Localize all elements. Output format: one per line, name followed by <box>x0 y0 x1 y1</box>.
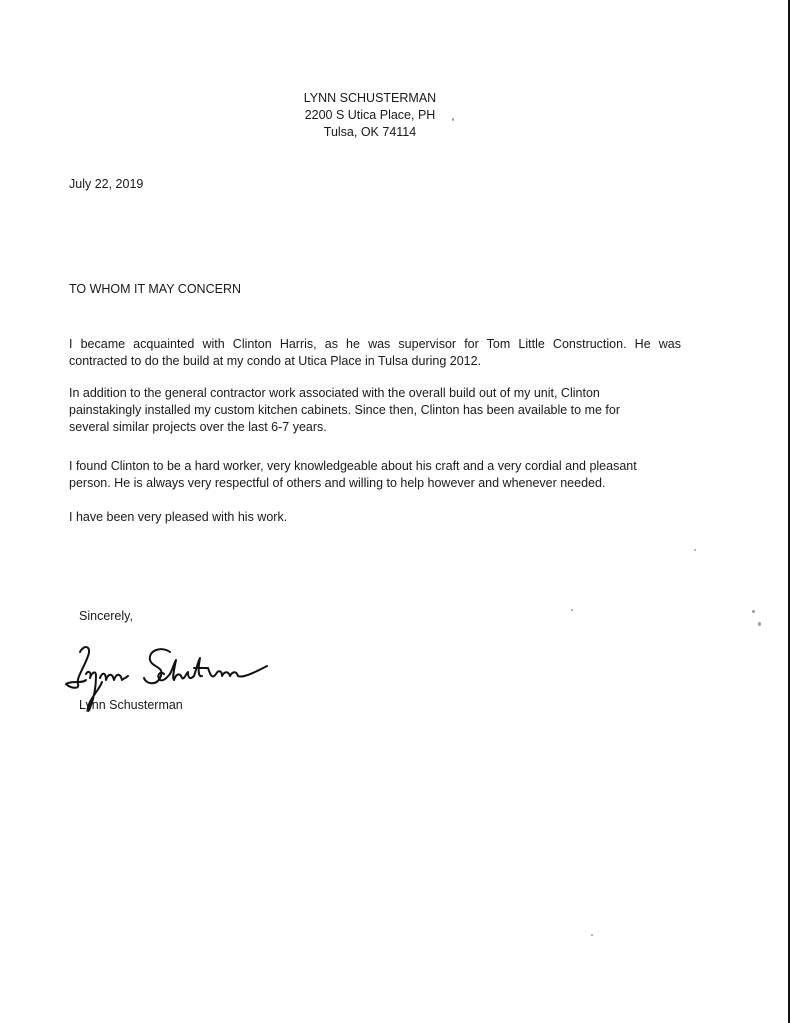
paragraph-3: I found Clinton to be a hard worker, ver… <box>69 458 681 492</box>
paragraph-line: person. He is always very respectful of … <box>69 475 681 492</box>
scan-speck <box>758 622 761 626</box>
paragraph-line: painstakingly installed my custom kitche… <box>69 402 681 419</box>
paragraph-2: In addition to the general contractor wo… <box>69 385 681 436</box>
scan-speck <box>571 609 573 611</box>
signer-name: Lynn Schusterman <box>79 697 183 714</box>
paragraph-line: contracted to do the build at my condo a… <box>69 353 681 370</box>
paragraph-line: I became acquainted with Clinton Harris,… <box>69 336 681 353</box>
paragraph-1: I became acquainted with Clinton Harris,… <box>69 336 681 370</box>
scan-speck <box>452 118 454 121</box>
scan-speck <box>752 610 755 613</box>
sender-name: LYNN SCHUSTERMAN <box>0 90 740 107</box>
paragraph-4: I have been very pleased with his work. <box>69 509 681 526</box>
paragraph-line: I have been very pleased with his work. <box>69 509 681 526</box>
salutation: TO WHOM IT MAY CONCERN <box>69 281 241 298</box>
letterhead: LYNN SCHUSTERMAN 2200 S Utica Place, PH … <box>0 90 740 141</box>
paragraph-line: several similar projects over the last 6… <box>69 419 681 436</box>
paragraph-line: I found Clinton to be a hard worker, ver… <box>69 458 681 475</box>
scan-speck <box>591 934 593 936</box>
letter-page: LYNN SCHUSTERMAN 2200 S Utica Place, PH … <box>0 0 790 1023</box>
closing: Sincerely, <box>79 608 133 625</box>
sender-address-line1: 2200 S Utica Place, PH <box>0 107 740 124</box>
scan-speck <box>694 549 696 551</box>
paragraph-line: In addition to the general contractor wo… <box>69 385 681 402</box>
letter-date: July 22, 2019 <box>69 176 143 193</box>
sender-address-line2: Tulsa, OK 74114 <box>0 124 740 141</box>
